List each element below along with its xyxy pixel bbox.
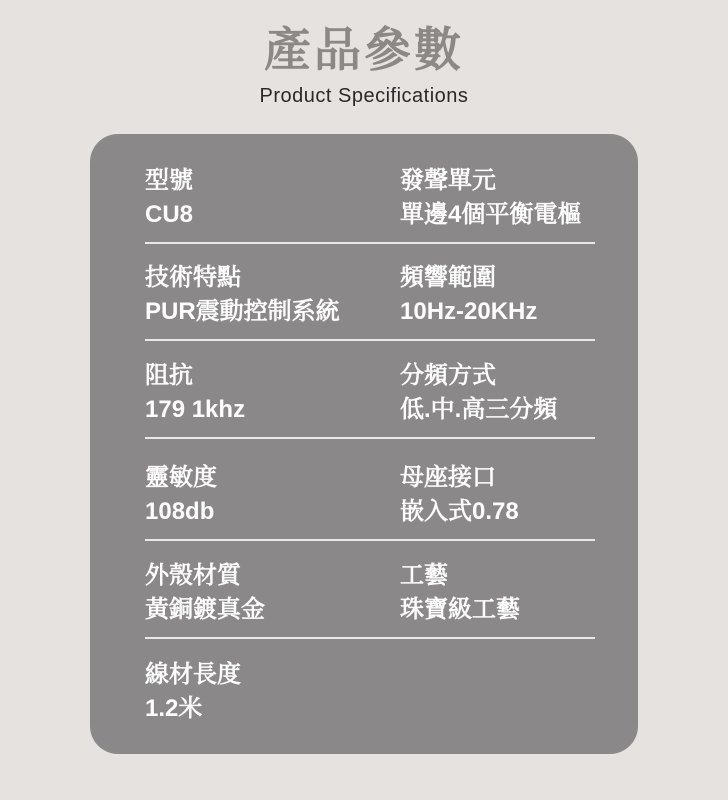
spec-value: 179 1khz — [145, 393, 400, 427]
spec-row: 技術特點 PUR震動控制系統 頻響範圍 10Hz-20KHz — [145, 244, 595, 342]
spec-card: 型號 CU8 發聲單元 單邊4個平衡電樞 技術特點 PUR震動控制系統 頻響範圍… — [90, 134, 638, 754]
spec-cell-right: 發聲單元 單邊4個平衡電樞 — [400, 164, 595, 232]
spec-cell-left: 阻抗 179 1khz — [145, 359, 400, 427]
page-header: 產品參數 Product Specifications — [0, 0, 728, 108]
spec-cell-right: 母座接口 嵌入式0.78 — [400, 461, 595, 529]
spec-row: 靈敏度 108db 母座接口 嵌入式0.78 — [145, 439, 595, 541]
spec-value: 108db — [145, 495, 400, 529]
spec-label: 頻響範圍 — [400, 261, 595, 295]
spec-cell-left: 型號 CU8 — [145, 164, 400, 232]
spec-value: 黃銅鍍真金 — [145, 593, 400, 627]
spec-value: PUR震動控制系統 — [145, 295, 400, 329]
spec-value: 1.2米 — [145, 692, 400, 726]
spec-value: 低.中.高三分頻 — [400, 393, 595, 427]
spec-cell-right: 分頻方式 低.中.高三分頻 — [400, 359, 595, 427]
page-subtitle: Product Specifications — [0, 85, 728, 108]
spec-row: 線材長度 1.2米 — [145, 639, 595, 754]
spec-label: 發聲單元 — [400, 164, 595, 198]
spec-cell-right: 頻響範圍 10Hz-20KHz — [400, 261, 595, 329]
spec-cell-right: 工藝 珠寶級工藝 — [400, 559, 595, 627]
spec-row: 阻抗 179 1khz 分頻方式 低.中.高三分頻 — [145, 341, 595, 439]
spec-label: 型號 — [145, 164, 400, 198]
spec-cell-left: 線材長度 1.2米 — [145, 658, 400, 726]
spec-label: 外殼材質 — [145, 559, 400, 593]
spec-value: 10Hz-20KHz — [400, 295, 595, 329]
spec-row: 外殼材質 黃銅鍍真金 工藝 珠寶級工藝 — [145, 541, 595, 639]
spec-value: CU8 — [145, 198, 400, 232]
spec-row: 型號 CU8 發聲單元 單邊4個平衡電樞 — [145, 134, 595, 244]
spec-value: 單邊4個平衡電樞 — [400, 198, 595, 232]
spec-cell-left: 靈敏度 108db — [145, 461, 400, 529]
spec-label: 工藝 — [400, 559, 595, 593]
spec-label: 靈敏度 — [145, 461, 400, 495]
spec-label: 分頻方式 — [400, 359, 595, 393]
spec-value: 珠寶級工藝 — [400, 593, 595, 627]
spec-value: 嵌入式0.78 — [400, 495, 595, 529]
spec-cell-left: 技術特點 PUR震動控制系統 — [145, 261, 400, 329]
spec-label: 線材長度 — [145, 658, 400, 692]
spec-label: 技術特點 — [145, 261, 400, 295]
spec-label: 母座接口 — [400, 461, 595, 495]
page-title: 產品參數 — [0, 24, 728, 76]
spec-label: 阻抗 — [145, 359, 400, 393]
spec-cell-left: 外殼材質 黃銅鍍真金 — [145, 559, 400, 627]
